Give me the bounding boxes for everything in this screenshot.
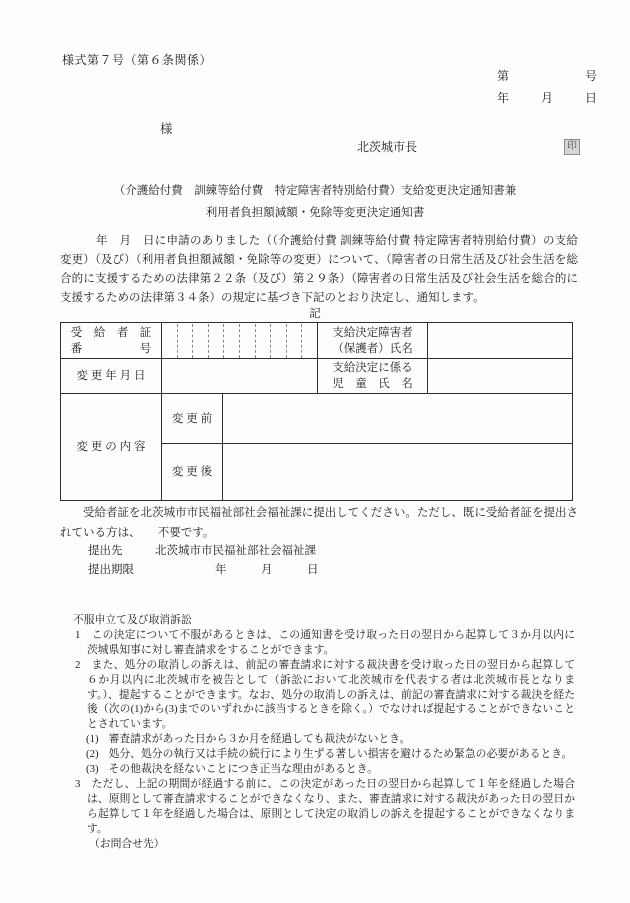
table-row-change-before: 変 更 の 内 容 変 更 前 bbox=[61, 394, 573, 444]
contact-info-label: （お問合せ先） bbox=[75, 837, 575, 852]
document-page: 様式第７号（第６条関係） 第 号 年 月 日 様 北茨城市長 印 （介護給付費 … bbox=[0, 0, 630, 903]
appeal-item-3-text: ただし、上記の期間が経過する前に、この決定があった日の翌日から起算して１年を経過… bbox=[87, 778, 575, 835]
decision-table: 受 給 者 証 番 号 支給決定障害者 （保護者）氏名 変 更 年 月 日 支給… bbox=[60, 322, 573, 501]
table-row-change-date: 変 更 年 月 日 支給決定に係る 児 童 氏 名 bbox=[61, 359, 573, 394]
appeal-subitem-1-number: (1) bbox=[86, 733, 99, 745]
submit-to-row: 提出先北茨城市市民福祉部社会福祉課 bbox=[88, 542, 316, 558]
appeal-subitem-3-text: その他裁決を経ないことにつき正当な理由があるとき。 bbox=[109, 763, 378, 775]
record-mark: 記 bbox=[0, 305, 630, 321]
date-day-label: 日 bbox=[585, 89, 597, 106]
date-month-label: 月 bbox=[541, 89, 553, 106]
change-content-label: 変 更 の 内 容 bbox=[61, 394, 162, 501]
appeal-item-2: 2また、処分の取消しの訴えは、前記の審査請求に対する裁決書を受け取った日の翌日か… bbox=[75, 658, 575, 733]
after-change-label: 変 更 後 bbox=[162, 444, 223, 501]
deadline-row: 提出期限年 月 日 bbox=[88, 561, 319, 577]
deadline-value: 年 月 日 bbox=[215, 564, 319, 576]
seal-mark-icon: 印 bbox=[564, 139, 580, 155]
submit-to-value: 北茨城市市民福祉部社会福祉課 bbox=[155, 545, 316, 557]
appeal-subitem-2-number: (2) bbox=[86, 748, 99, 760]
document-title: （介護給付費 訓練等給付費 特定障害者特別給付費）支給変更決定通知書兼 利用者負… bbox=[0, 180, 630, 224]
grantee-name-field[interactable] bbox=[428, 323, 573, 359]
issue-date-line: 年 月 日 bbox=[497, 89, 597, 106]
appeal-item-2-number: 2 bbox=[75, 659, 80, 671]
issuer-row: 北茨城市長 印 bbox=[357, 138, 580, 155]
appeal-subitem-3-number: (3) bbox=[86, 763, 99, 775]
before-change-field[interactable] bbox=[223, 394, 573, 444]
addressee-honorific: 様 bbox=[160, 119, 173, 137]
appeal-subitem-1-text: 審査請求があった日から３か月を経過しても裁決がないとき。 bbox=[109, 733, 411, 745]
document-title-line2: 利用者負担額減額・免除等変更決定通知書 bbox=[0, 202, 630, 224]
deadline-label: 提出期限 bbox=[88, 561, 215, 577]
after-change-field[interactable] bbox=[223, 444, 573, 501]
before-change-label: 変 更 前 bbox=[162, 394, 223, 444]
grantee-name-label: 支給決定障害者 （保護者）氏名 bbox=[318, 323, 428, 359]
digit-boxes bbox=[162, 324, 317, 358]
appeal-subitem-1: (1)審査請求があった日から３か月を経過しても裁決がないとき。 bbox=[75, 732, 575, 747]
document-title-line1: （介護給付費 訓練等給付費 特定障害者特別給付費）支給変更決定通知書兼 bbox=[0, 180, 630, 202]
change-date-label: 変 更 年 月 日 bbox=[61, 359, 162, 394]
decision-paragraph: 年 月 日に申請のありました（（介護給付費 訓練等給付費 特定障害者特別給付費）… bbox=[60, 232, 578, 308]
recipient-number-field[interactable] bbox=[162, 323, 318, 359]
date-year-label: 年 bbox=[497, 89, 509, 106]
appeal-subitem-2-text: 処分、処分の執行又は手続の続行により生ずる著しい損害を避けるため緊急の必要がある… bbox=[109, 748, 573, 760]
submit-to-label: 提出先 bbox=[88, 542, 155, 558]
appeal-item-3-number: 3 bbox=[75, 778, 80, 790]
appeal-section: 不服申立て及び取消訴訟 1この決定について不服があるときは、この通知書を受け取っ… bbox=[75, 613, 575, 852]
appeal-item-2-text: また、処分の取消しの訴えは、前記の審査請求に対する裁決書を受け取った日の翌日から… bbox=[87, 659, 575, 731]
change-date-field[interactable] bbox=[162, 359, 318, 394]
appeal-item-3: 3ただし、上記の期間が経過する前に、この決定があった日の翌日から起算して１年を経… bbox=[75, 777, 575, 837]
appeal-subitem-3: (3)その他裁決を経ないことにつき正当な理由があるとき。 bbox=[75, 762, 575, 777]
child-name-label: 支給決定に係る 児 童 氏 名 bbox=[318, 359, 428, 394]
recipient-number-label: 受 給 者 証 番 号 bbox=[61, 323, 162, 359]
doc-number-prefix: 第 bbox=[497, 67, 509, 84]
appeal-item-1-number: 1 bbox=[75, 629, 80, 641]
appeal-item-1-text: この決定について不服があるときは、この通知書を受け取った日の翌日から起算して３か… bbox=[87, 629, 575, 656]
certificate-return-note: 受給者証を北茨城市市民福祉部社会福祉課に提出してください。ただし、既に受給者証を… bbox=[60, 504, 578, 543]
appeal-item-1: 1この決定について不服があるときは、この通知書を受け取った日の翌日から起算して３… bbox=[75, 628, 575, 658]
table-row-recipient-number: 受 給 者 証 番 号 支給決定障害者 （保護者）氏名 bbox=[61, 323, 573, 359]
doc-number-suffix: 号 bbox=[585, 67, 597, 84]
appeal-heading: 不服申立て及び取消訴訟 bbox=[73, 613, 575, 628]
appeal-subitem-2: (2)処分、処分の執行又は手続の続行により生ずる著しい損害を避けるため緊急の必要… bbox=[75, 747, 575, 762]
doc-number-line: 第 号 bbox=[497, 67, 597, 84]
issuer-name: 北茨城市長 bbox=[357, 138, 417, 155]
child-name-field[interactable] bbox=[428, 359, 573, 394]
form-number: 様式第７号（第６条関係） bbox=[62, 51, 212, 68]
